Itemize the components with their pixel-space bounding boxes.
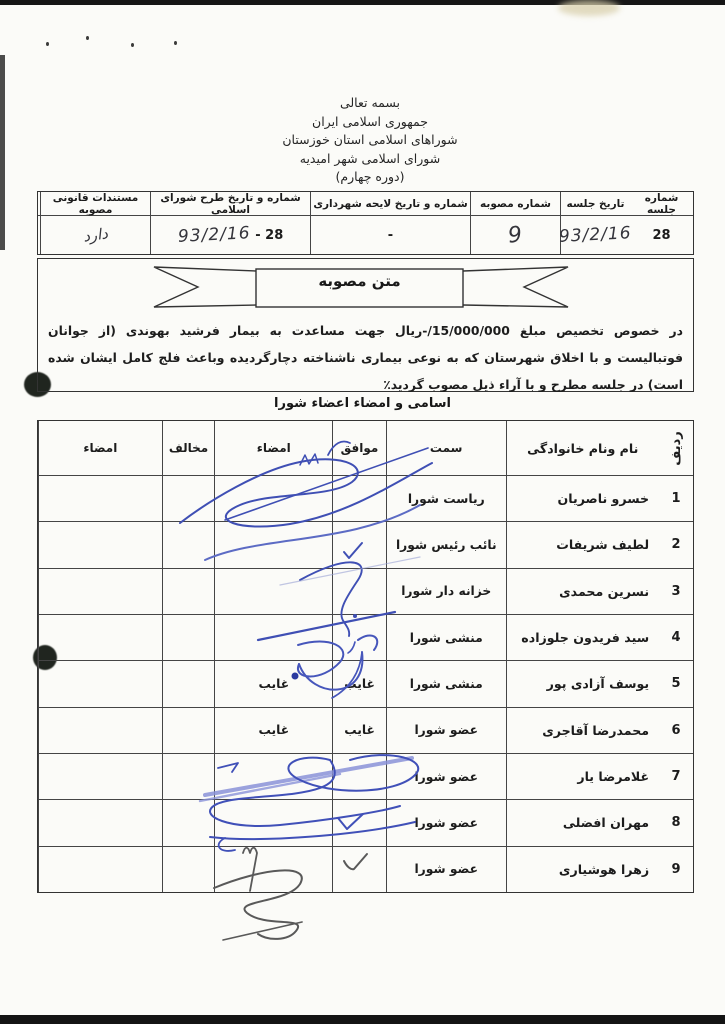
header-legal-documentation: مستندات قانونی مصوبه — [40, 192, 150, 215]
member-name: محمدرضا آقاجری — [506, 708, 660, 753]
letterhead-line-republic: جمهوری اسلامی ایران — [0, 113, 725, 132]
oppose-signature-cell — [38, 847, 162, 892]
oppose-cell — [162, 615, 215, 660]
agree-cell — [332, 476, 386, 521]
header-council-plan: شماره و تاریخ طرح شورای اسلامی — [150, 192, 310, 215]
letterhead-line-city-council: شورای اسلامی شهر امیدیه — [0, 150, 725, 169]
agree-signature-cell — [214, 800, 332, 845]
member-name: لطیف شریفات — [506, 522, 660, 567]
agree-signature-cell-absent: غایب — [214, 708, 332, 753]
row-number: 7 — [659, 754, 693, 799]
member-position: ریاست شورا — [386, 476, 506, 521]
scanned-document-page: بسمه تعالی جمهوری اسلامی ایران شوراهای ا… — [0, 0, 725, 1024]
member-position: عضو شورا — [386, 847, 506, 892]
row-number: 3 — [659, 569, 693, 614]
agree-signature-cell — [214, 754, 332, 799]
member-row-5: 5 یوسف آزادی پور منشی شورا غایب غایب — [38, 661, 693, 707]
value-resolution-number-handwritten: 9 — [507, 222, 525, 248]
header-oppose: مخالف — [162, 421, 215, 475]
oppose-signature-cell — [38, 615, 162, 660]
agree-signature-cell — [214, 569, 332, 614]
letterhead-line-term: (دوره چهارم) — [0, 168, 725, 187]
ink-speck — [86, 36, 89, 40]
header-signature-agree: امضاء — [214, 421, 332, 475]
oppose-cell — [162, 847, 215, 892]
member-row-9: 9 زهرا هوشیاری عضو شورا — [38, 847, 693, 892]
agree-signature-cell — [214, 615, 332, 660]
oppose-signature-cell — [38, 476, 162, 521]
resolution-info-table: شماره جلسه تاریخ جلسه شماره مصوبه شماره … — [37, 191, 694, 255]
oppose-cell — [162, 522, 215, 567]
member-name: یوسف آزادی پور — [506, 661, 660, 706]
value-session-number: 28 — [652, 228, 670, 243]
agree-signature-cell-absent: غایب — [214, 661, 332, 706]
agree-signature-cell — [214, 476, 332, 521]
resolution-body-text: در خصوص تخصیص مبلغ -/15/000/000ریال جهت … — [48, 317, 683, 398]
member-row-8: 8 مهران افضلی عضو شورا — [38, 800, 693, 846]
oppose-signature-cell — [38, 708, 162, 753]
row-number: 5 — [659, 661, 693, 706]
oppose-cell — [162, 754, 215, 799]
ink-speck — [131, 43, 134, 47]
letterhead-line-province-councils: شوراهای اسلامی استان خوزستان — [0, 131, 725, 150]
oppose-signature-cell — [38, 661, 162, 706]
value-municipality-bill: - — [388, 228, 393, 243]
header-signature-oppose: امضاء — [38, 421, 162, 475]
members-table-header-row: ردیف نام ونام خانوادگی سمت موافق امضاء م… — [38, 421, 693, 476]
agree-cell — [332, 754, 386, 799]
oppose-signature-cell — [38, 754, 162, 799]
members-table: ردیف نام ونام خانوادگی سمت موافق امضاء م… — [37, 420, 694, 893]
row-number: 1 — [659, 476, 693, 521]
member-row-2: 2 لطیف شریفات نائب رئیس شورا — [38, 522, 693, 568]
value-council-plan-date-handwritten: 93/2/16 — [177, 223, 250, 247]
row-number: 2 — [659, 522, 693, 567]
oppose-signature-cell — [38, 569, 162, 614]
banner-title: متن مصوبه — [256, 272, 463, 290]
resolution-amount: -/15/000/000 — [422, 323, 510, 338]
letterhead-line-bismillah: بسمه تعالی — [0, 94, 725, 113]
oppose-signature-cell — [38, 800, 162, 845]
banner-left-pennant — [154, 267, 256, 307]
member-name: نسرین محمدی — [506, 569, 660, 614]
member-position: خزانه دار شورا — [386, 569, 506, 614]
oppose-cell — [162, 476, 215, 521]
header-full-name: نام ونام خانوادگی — [506, 421, 660, 475]
resolution-text-box: متن مصوبه در خصوص تخصیص مبلغ -/15/000/00… — [37, 258, 694, 392]
members-section-title: اسامی و امضاء اعضاء شورا — [0, 396, 725, 411]
ink-speck — [174, 41, 177, 45]
value-legal-documentation-handwritten: دارد — [82, 224, 109, 245]
agree-signature-cell — [214, 847, 332, 892]
header-agree: موافق — [332, 421, 386, 475]
oppose-cell — [162, 708, 215, 753]
info-table-header-row: شماره جلسه تاریخ جلسه شماره مصوبه شماره … — [38, 192, 693, 216]
member-name: خسرو ناصریان — [506, 476, 660, 521]
member-position: عضو شورا — [386, 800, 506, 845]
oppose-cell — [162, 569, 215, 614]
header-municipality-bill: شماره و تاریخ لایحه شهرداری — [310, 192, 470, 215]
value-council-plan-number: - 28 — [255, 228, 283, 243]
member-position: عضو شورا — [386, 754, 506, 799]
header-resolution-number: شماره مصوبه — [470, 192, 560, 215]
agree-cell — [332, 847, 386, 892]
banner-right-pennant — [463, 267, 568, 307]
member-row-6: 6 محمدرضا آقاجری عضو شورا غایب غایب — [38, 708, 693, 754]
agree-signature-cell — [214, 522, 332, 567]
row-number: 8 — [659, 800, 693, 845]
header-row-number: ردیف — [669, 431, 684, 466]
agree-cell — [332, 569, 386, 614]
letterhead: بسمه تعالی جمهوری اسلامی ایران شوراهای ا… — [0, 94, 725, 187]
member-position: منشی شورا — [386, 615, 506, 660]
member-name: غلامرضا یار — [506, 754, 660, 799]
row-number: 9 — [659, 847, 693, 892]
value-session-date-handwritten: 93/2/16 — [559, 223, 632, 247]
resolution-body-before-amount: در خصوص تخصیص مبلغ — [520, 323, 683, 338]
member-position: نائب رئیس شورا — [386, 522, 506, 567]
info-table-value-row: 28 93/2/16 9 - - 28 93/2/16 دارد — [38, 216, 693, 254]
member-position: منشی شورا — [386, 661, 506, 706]
member-name: زهرا هوشیاری — [506, 847, 660, 892]
agree-cell — [332, 800, 386, 845]
ink-speck — [46, 42, 49, 46]
member-row-1: 1 خسرو ناصریان ریاست شورا — [38, 476, 693, 522]
row-number: 4 — [659, 615, 693, 660]
agree-cell — [332, 615, 386, 660]
member-row-3: 3 نسرین محمدی خزانه دار شورا — [38, 569, 693, 615]
member-name: مهران افضلی — [506, 800, 660, 845]
oppose-cell — [162, 661, 215, 706]
paper-stain — [558, 0, 620, 16]
oppose-signature-cell — [38, 522, 162, 567]
agree-cell — [332, 522, 386, 567]
oppose-cell — [162, 800, 215, 845]
member-row-7: 7 غلامرضا یار عضو شورا — [38, 754, 693, 800]
scan-edge-bottom — [0, 1015, 725, 1024]
agree-cell-absent: غایب — [332, 708, 386, 753]
header-session-number: شماره جلسه — [630, 192, 693, 215]
header-position: سمت — [386, 421, 506, 475]
member-position: عضو شورا — [386, 708, 506, 753]
member-name: سید فریدون جلوزاده — [506, 615, 660, 660]
row-number: 6 — [659, 708, 693, 753]
member-row-4: 4 سید فریدون جلوزاده منشی شورا — [38, 615, 693, 661]
header-session-date: تاریخ جلسه — [560, 192, 630, 215]
agree-cell-absent: غایب — [332, 661, 386, 706]
